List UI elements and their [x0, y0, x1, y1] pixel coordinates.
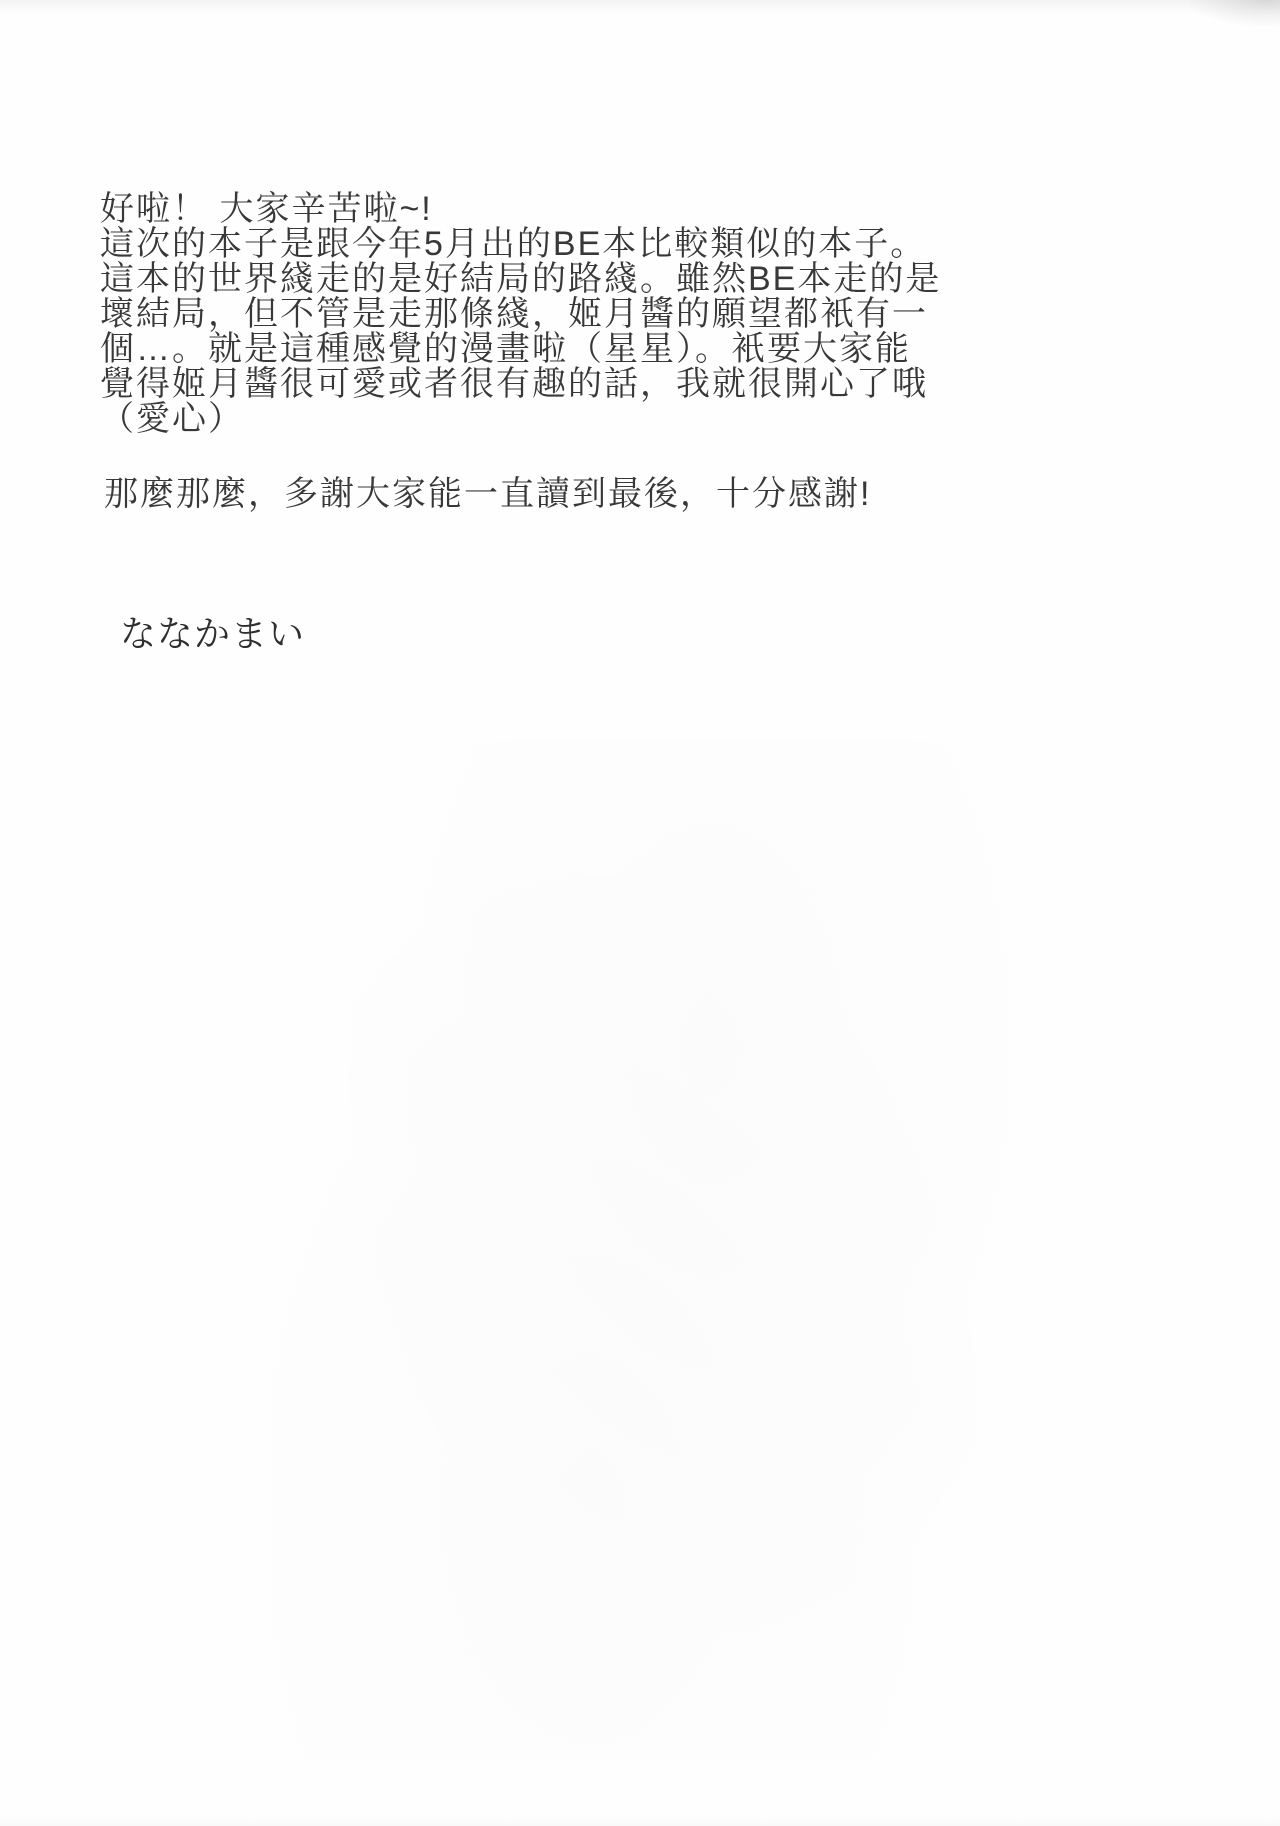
- afterword-line: （愛心）: [100, 402, 960, 437]
- afterword-paragraph-1: 好啦！ 大家辛苦啦~! 這次的本子是跟今年5月出的BE本比較類似的本子。 這本的…: [100, 192, 960, 437]
- afterword-line: 覺得姬月醬很可愛或者很有趣的話，我就很開心了哦: [100, 367, 960, 402]
- afterword-line: 壞結局，但不管是走那條綫，姬月醬的願望都衹有一: [100, 297, 960, 332]
- scan-edge-artifact-bottom: [0, 1816, 1280, 1826]
- scan-corner-smudge: [1190, 0, 1280, 26]
- scan-showthrough-artifact: [270, 740, 1070, 1760]
- scan-edge-artifact-top: [0, 0, 1280, 16]
- afterword-line: 這本的世界綫走的是好結局的路綫。雖然BE本走的是: [100, 262, 960, 297]
- afterword-line: 個…。就是這種感覺的漫畫啦（星星）。衹要大家能: [100, 332, 960, 367]
- scanned-afterword-page: 好啦！ 大家辛苦啦~! 這次的本子是跟今年5月出的BE本比較類似的本子。 這本的…: [0, 0, 1280, 1826]
- afterword-line: 這次的本子是跟今年5月出的BE本比較類似的本子。: [100, 227, 960, 262]
- afterword-paragraph-2: 那麼那麼，多謝大家能一直讀到最後，十分感謝!: [104, 476, 871, 512]
- afterword-line: 好啦！ 大家辛苦啦~!: [100, 192, 960, 227]
- author-signature: ななかまい: [120, 615, 305, 653]
